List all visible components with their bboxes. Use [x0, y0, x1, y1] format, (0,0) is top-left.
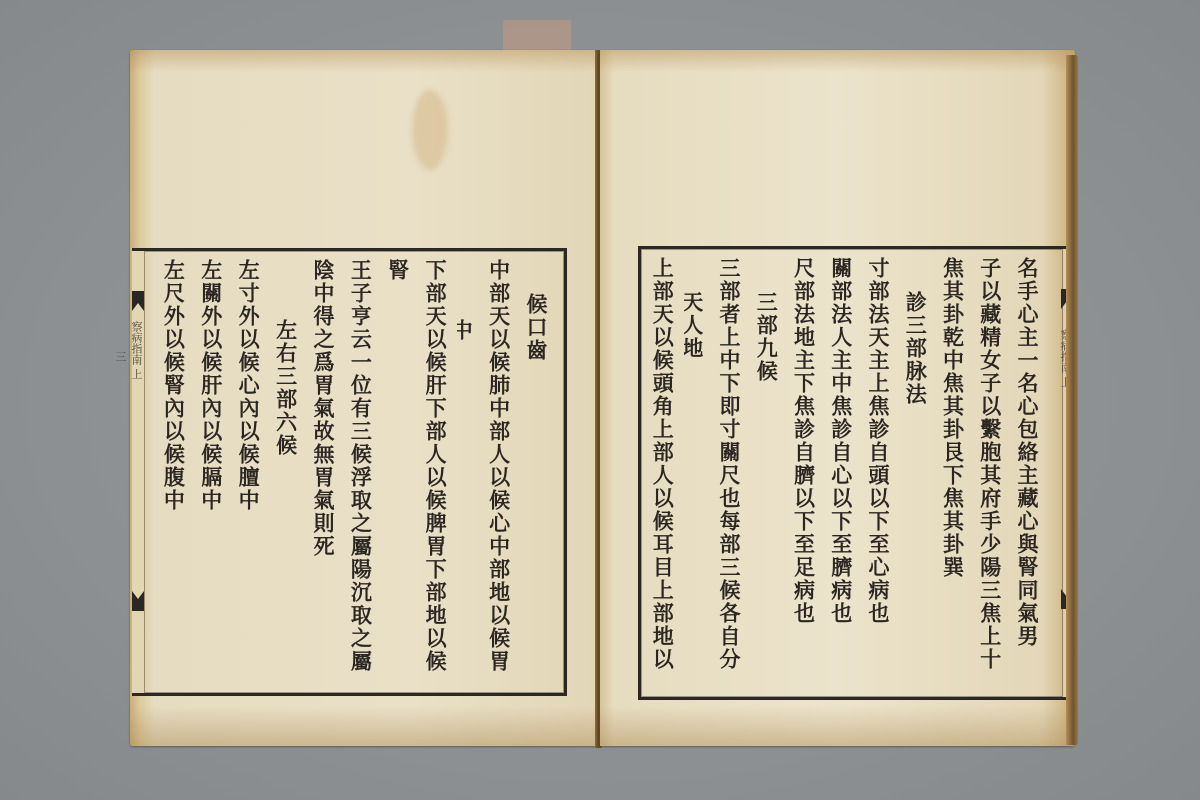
text-column: 天人地 [684, 257, 713, 691]
section-heading: 診三部脉法 [900, 257, 937, 691]
water-stain [412, 90, 448, 170]
right-print-frame: 察病指南 上 名手心主一名心包絡主藏心與腎同氣男 子以藏精女子以繫胞其府手少陽三… [638, 246, 1073, 700]
page-edge [1066, 55, 1078, 745]
text-column: 子以藏精女子以繫胞其府手少陽三焦上十 [975, 257, 1012, 691]
text-column: 上部天以候頭角上部人以候耳目上部地以 [647, 257, 684, 691]
text-column-with-note: 左尺外以候腎內以候腹中 腹屬下焦右手 尺中亦可候也 [158, 259, 195, 687]
text-main: 左寸外以候心內以候膻中 [233, 259, 270, 687]
text-column: 關部法人主中焦診自心以下至臍病也 [826, 257, 863, 691]
right-page: 察病指南 上 名手心主一名心包絡主藏心與腎同氣男 子以藏精女子以繫胞其府手少陽三… [600, 50, 1075, 746]
text-column: 三部者上中下即寸關尺也每部三候各自分 [714, 257, 751, 691]
left-print-frame: 察病指南 上 三 候口齒 中部天以候肺中部人以候心中部地以候胃 中 下部天以候肝… [132, 248, 567, 696]
text-column: 中部天以候肺中部人以候心中部地以候胃 [483, 259, 520, 687]
text-column: 中 [457, 259, 483, 687]
text-column: 下部天以候肝下部人以候脾胃下部地以候 [420, 259, 457, 687]
commentary-column: 腎 九候雖有數說不如此說 易曉今亦難用始存之 [382, 259, 419, 687]
left-text-columns: 候口齒 中部天以候肺中部人以候心中部地以候胃 中 下部天以候肝下部人以候脾胃下部… [158, 259, 558, 687]
text-main: 左尺外以候腎內以候腹中 [158, 259, 195, 687]
text-column: 陰中得之爲胃氣故無胃氣則死 [308, 259, 345, 687]
text-column: 王子亨云一位有三候浮取之屬陽沉取之屬 [345, 259, 382, 687]
left-page: 察病指南 上 三 候口齒 中部天以候肺中部人以候心中部地以候胃 中 下部天以候肝… [130, 50, 597, 746]
text-main: 腎 [382, 259, 419, 299]
open-book: 察病指南 上 三 候口齒 中部天以候肺中部人以候心中部地以候胃 中 下部天以候肝… [130, 50, 1075, 748]
text-column: 候口齒 [521, 259, 558, 687]
book-title-label: 察病指南 上 [130, 321, 143, 380]
text-column: 名手心主一名心包絡主藏心與腎同氣男 [1012, 257, 1049, 691]
right-text-columns: 名手心主一名心包絡主藏心與腎同氣男 子以藏精女子以繫胞其府手少陽三焦上十 焦其卦… [647, 257, 1049, 691]
text-column: 寸部法天主上焦診自頭以下至心病也 [863, 257, 900, 691]
section-heading: 左右三部六候 [270, 259, 307, 687]
text-column: 焦其卦乾中焦其卦艮下焦其卦巽 [937, 257, 974, 691]
section-heading: 三部九候 [751, 257, 788, 691]
left-margin-label: 察病指南 上 三 [132, 251, 144, 693]
text-column-with-note: 左寸外以候心內以候膻中 其穴在兩乳間 [233, 259, 270, 687]
text-column: 尺部法地主下焦診自臍以下至足病也 [788, 257, 825, 691]
page-number: 三 [112, 351, 128, 693]
text-column: 左關外以候肝內以候膈中 [195, 259, 232, 687]
